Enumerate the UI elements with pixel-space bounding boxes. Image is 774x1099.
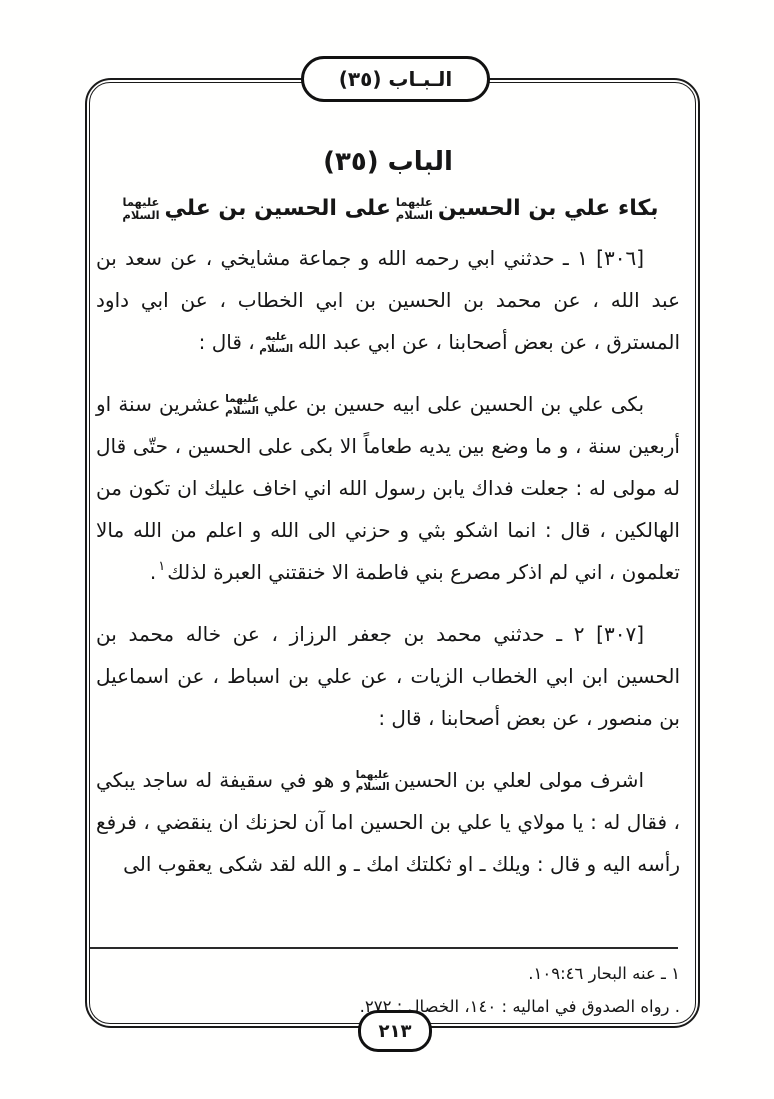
paragraph-text-segment: عشرين سنة او أربعين سنة ، و ما وضع بين ي… — [96, 392, 680, 584]
honorific-seal: عليهما السلام — [224, 394, 261, 417]
honorific-seal: عليه السلام — [258, 332, 295, 355]
footnote-item-1: ١ ـ عنه البحار ١٠٩:٤٦. — [96, 957, 680, 990]
paragraph-text-segment: بكى علي بن الحسين على ابيه حسين بن علي — [264, 392, 644, 416]
footnote-reference-marker: ١ — [158, 559, 165, 574]
chapter-header-label: الـبـاب (٣٥) — [339, 67, 452, 91]
chapter-header-cartouche: الـبـاب (٣٥) — [301, 56, 490, 102]
book-page: الـبـاب (٣٥) الباب (٣٥) بكاء علي بن الحس… — [0, 0, 774, 1099]
page-number-cartouche: ٢١٣ — [358, 1010, 432, 1052]
hadith-307-chain: [٣٠٧] ٢ ـ حدثني محمد بن جعفر الرزاز ، عن… — [96, 613, 680, 739]
hadith-306-chain: [٣٠٦] ١ ـ حدثني ابي رحمه الله و جماعة مش… — [96, 237, 680, 363]
subtitle-text-segment: بكاء علي بن الحسين — [438, 196, 659, 221]
paragraph-text-segment: . — [150, 560, 156, 584]
hadith-306-body: بكى علي بن الحسين على ابيه حسين بن عليعل… — [96, 383, 680, 593]
subtitle-text-segment: على الحسين بن علي — [164, 196, 390, 221]
page-number-label: ٢١٣ — [379, 1021, 412, 1042]
footnotes-divider — [90, 947, 678, 949]
honorific-seal: عليهما السلام — [394, 196, 435, 221]
paragraph-text-segment: ، قال : — [199, 330, 255, 354]
paragraph-text-segment: اشرف مولى لعلي بن الحسين — [394, 768, 644, 792]
honorific-seal: عليهما السلام — [120, 196, 161, 221]
paragraph-text-segment: [٣٠٦] ١ ـ حدثني ابي رحمه الله و جماعة مش… — [96, 246, 680, 354]
page-content: الباب (٣٥) بكاء علي بن الحسينعليهما السل… — [96, 140, 680, 1023]
chapter-subtitle: بكاء علي بن الحسينعليهما السلامعلى الحسي… — [96, 186, 680, 232]
hadith-307-body: اشرف مولى لعلي بن الحسينعليهما السلامو ه… — [96, 759, 680, 885]
honorific-seal: عليهما السلام — [354, 770, 391, 793]
chapter-title: الباب (٣٥) — [96, 140, 680, 184]
